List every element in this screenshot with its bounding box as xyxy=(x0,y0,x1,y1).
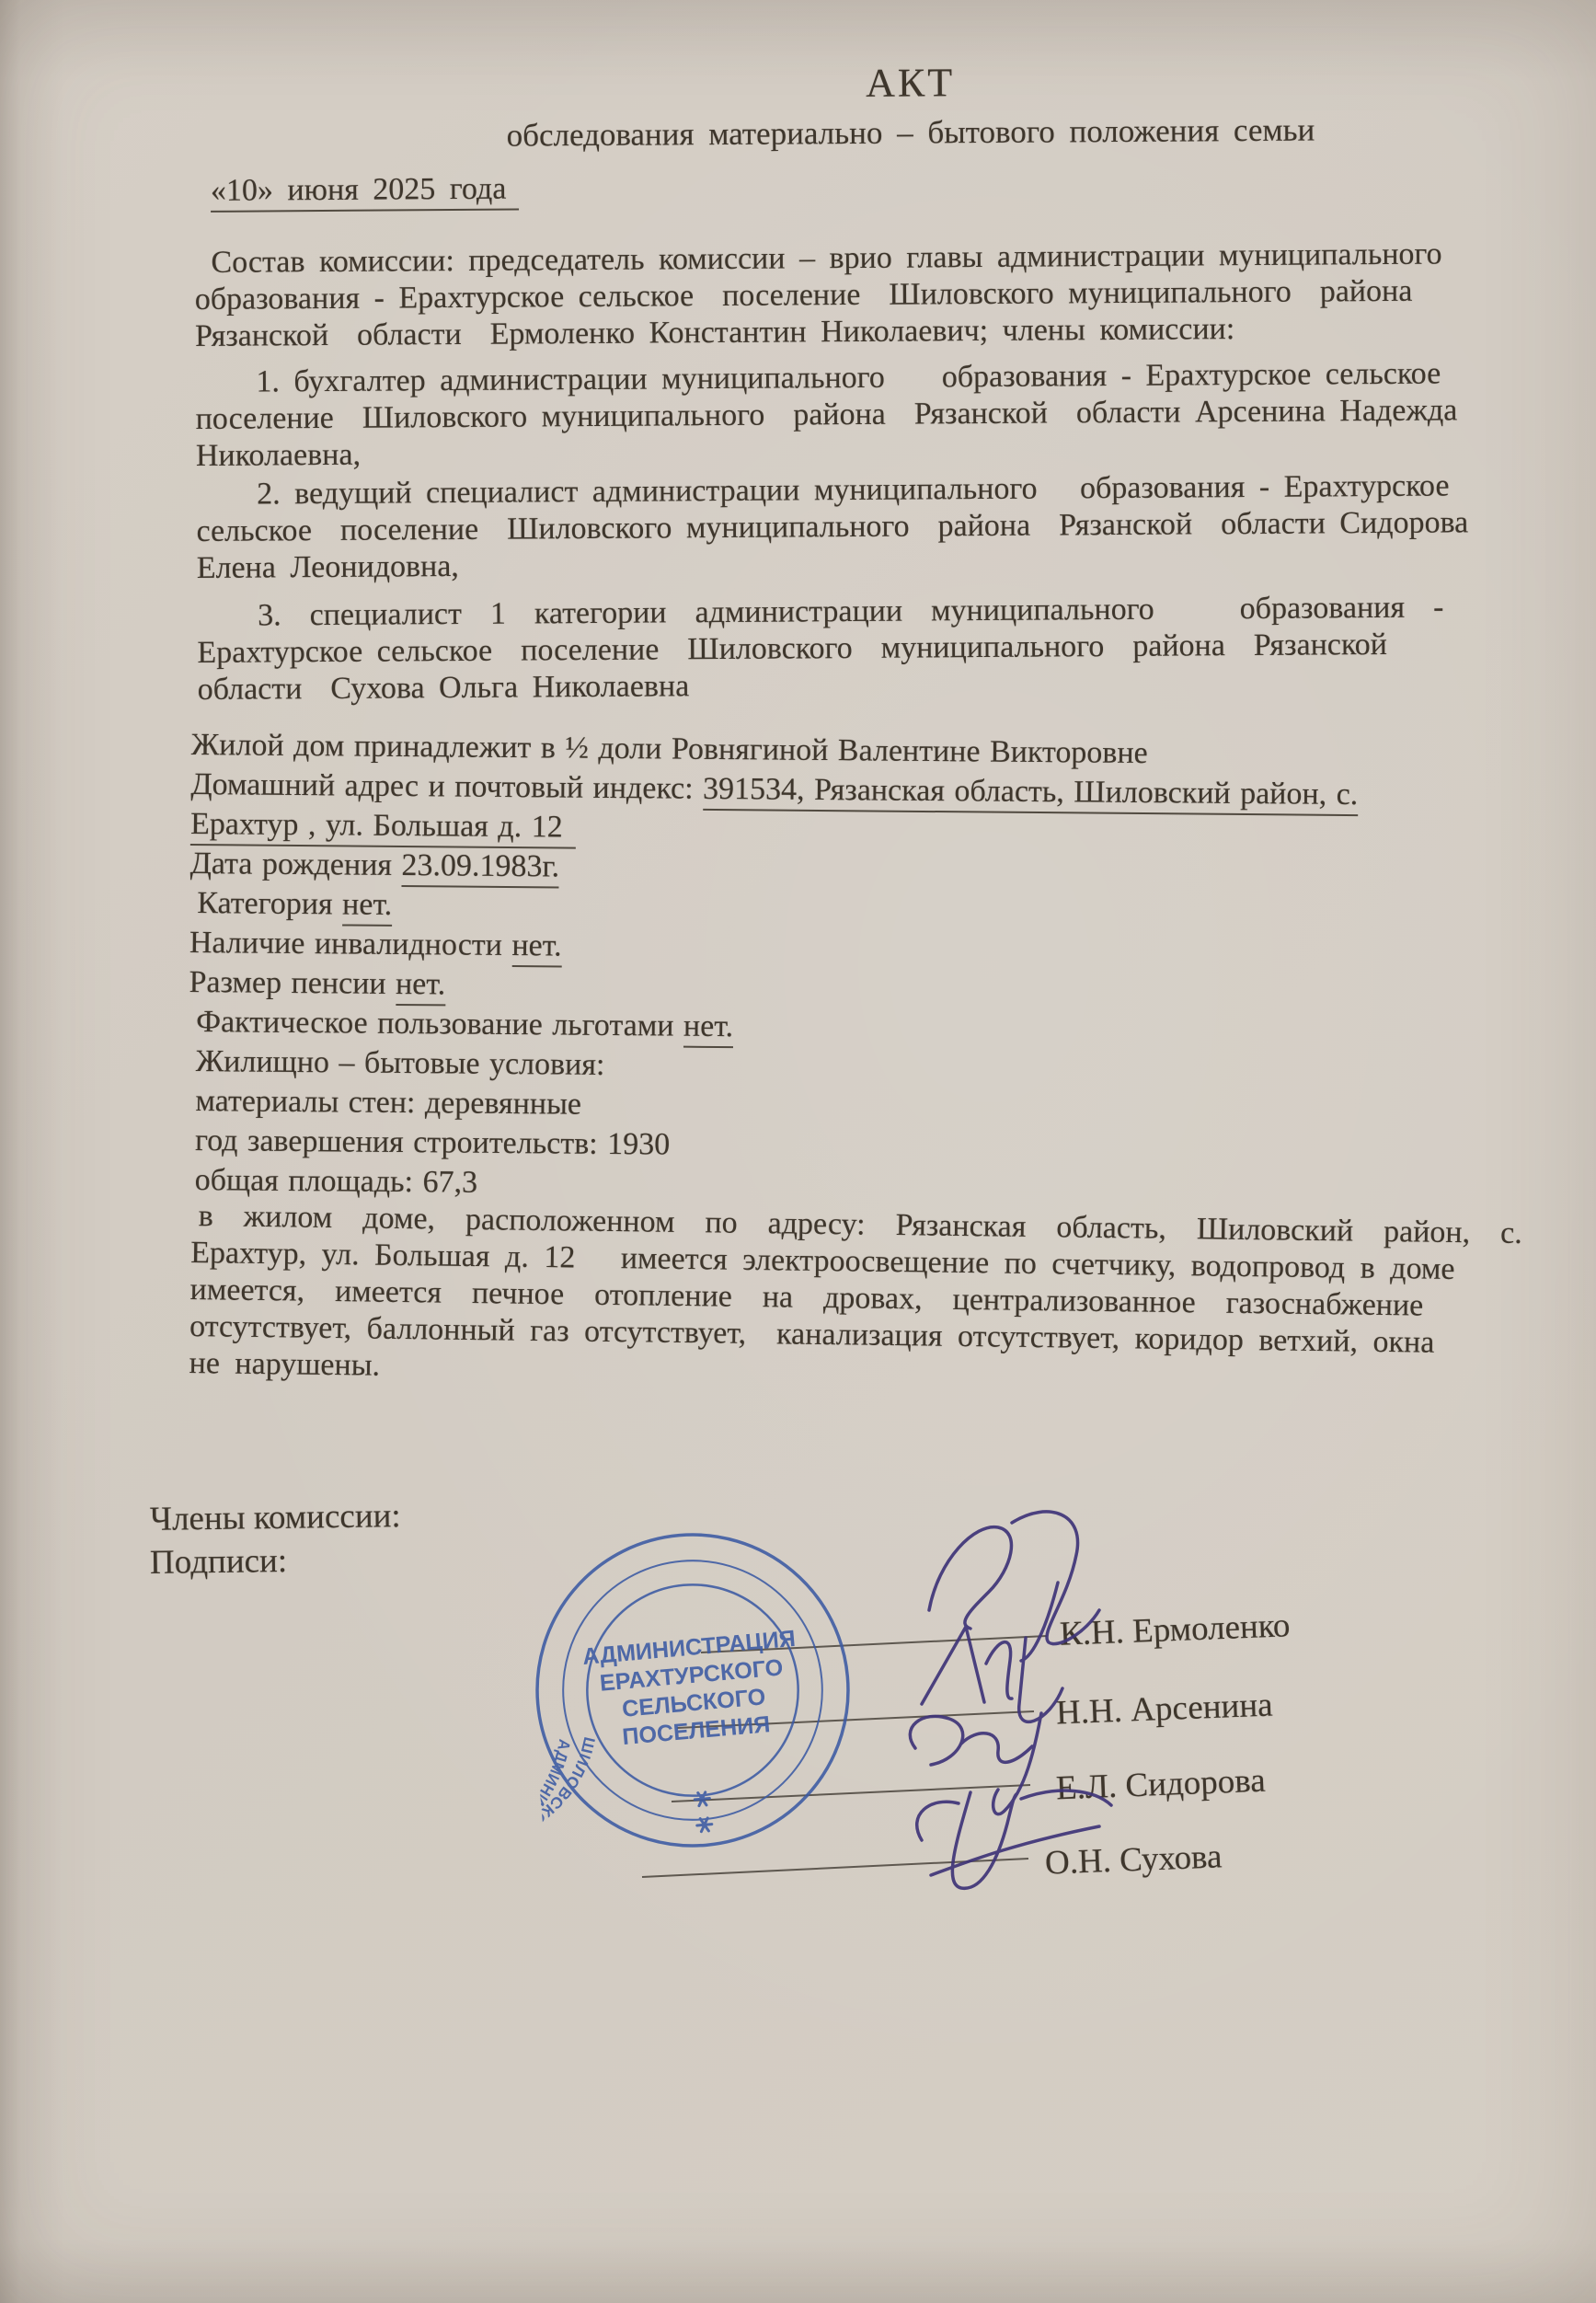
document-date: «10» июня 2025 года xyxy=(211,172,520,213)
category-value: нет. xyxy=(342,887,392,926)
birth-date-value: 23.09.1983г. xyxy=(401,848,559,888)
disability-label: Наличие инвалидности xyxy=(189,926,512,962)
commission-intro-paragraph: Состав комиссии: председатель комиссии –… xyxy=(194,236,1570,355)
commission-member2-paragraph: 2. ведущий специалист администрации муни… xyxy=(196,467,1572,587)
handwritten-signatures xyxy=(497,1472,1343,1951)
document-subtitle: обследования материально – бытового поло… xyxy=(223,109,1596,155)
benefits-label: Фактическое пользование льготами xyxy=(196,1005,683,1043)
commission-member1-paragraph: 1. бухгалтер администрации муниципальног… xyxy=(195,355,1571,475)
category-label: Категория xyxy=(197,886,342,921)
pension-value: нет. xyxy=(396,967,445,1006)
home-address-value: 391534, Рязанская область, Шиловский рай… xyxy=(703,772,1358,816)
commission-member3-paragraph: 3. специалист 1 категории администрации … xyxy=(197,589,1573,708)
document-header-and-commission: АКТ обследования материально – бытового … xyxy=(193,61,1568,70)
home-address-value2: Ерахтур , ул. Большая д. 12 xyxy=(190,807,576,849)
signatures-label: Подписи: xyxy=(150,1541,288,1583)
scanned-act-document-photo: { "page": { "title": "АКТ", "subtitle": … xyxy=(0,0,1596,2303)
document-date-row: «10» июня 2025 года xyxy=(211,171,520,210)
benefits-value: нет. xyxy=(683,1009,733,1048)
commission-members-label: Члены комиссии: xyxy=(150,1496,401,1539)
family-details-block: Жилой дом принадлежит в ½ доли Ровнягино… xyxy=(187,725,1570,1212)
pension-label: Размер пенсии xyxy=(189,965,396,1001)
signature-sukhova xyxy=(917,1791,1111,1888)
signature-arsenina xyxy=(922,1627,1062,1721)
document-title: АКТ xyxy=(223,60,1596,106)
conclusion-paragraph: в жилом доме, расположенном по адресу: Р… xyxy=(189,1198,1579,1400)
birth-date-label: Дата рождения xyxy=(190,846,402,882)
signature-ermolenko xyxy=(929,1512,1099,1661)
disability-value: нет. xyxy=(511,928,561,967)
home-address-label: Домашний адрес и почтовый индекс: xyxy=(190,767,703,806)
